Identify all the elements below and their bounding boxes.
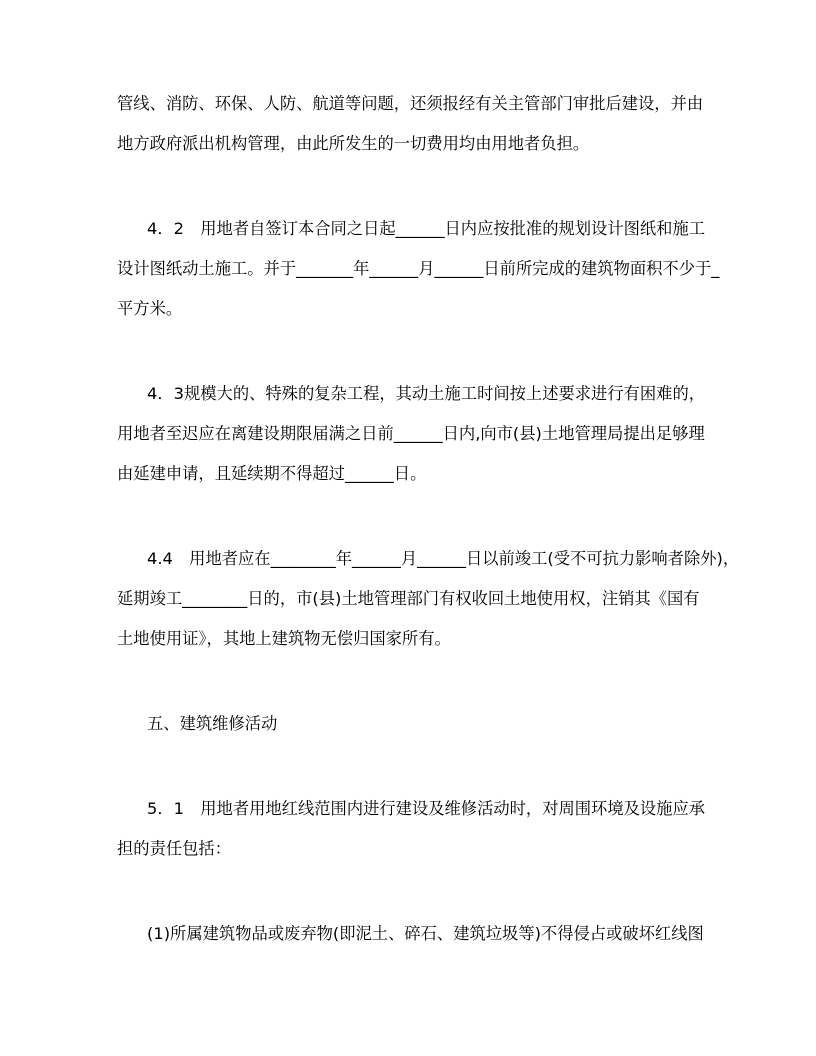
clause-4-2: 4．2 用地者自签订本合同之日起______日内应按批准的规划设计图纸和施工 设… bbox=[117, 209, 711, 329]
clause-4-3: 4．3规模大的、特殊的复杂工程，其动土施工时间按上述要求进行有困难的， 用地者至… bbox=[117, 374, 711, 494]
text-line: 土地使用证》，其地上建筑物无偿归国家所有。 bbox=[117, 619, 711, 659]
text-line: 担的责任包括： bbox=[117, 829, 711, 869]
section-5-heading: 五、建筑维修活动 bbox=[117, 704, 711, 744]
text-line: 平方米。 bbox=[117, 289, 711, 329]
text-line: 5．1 用地者用地红线范围内进行建设及维修活动时，对周围环境及设施应承 bbox=[117, 789, 711, 829]
text-line: 地方政府派出机构管理，由此所发生的一切费用均由用地者负担。 bbox=[117, 124, 711, 164]
text-line: 设计图纸动土施工。并于_______年______月______日前所完成的建筑… bbox=[117, 249, 711, 289]
clause-5-1-item-1: (1)所属建筑物品或废弃物(即泥土、碎石、建筑垃圾等)不得侵占或破坏红线图 bbox=[117, 914, 711, 954]
text-line: 管线、消防、环保、人防、航道等问题，还须报经有关主管部门审批后建设，并由 bbox=[117, 84, 711, 124]
text-line: 由延建申请，且延续期不得超过______日。 bbox=[117, 454, 711, 494]
page-content: 管线、消防、环保、人防、航道等问题，还须报经有关主管部门审批后建设，并由 地方政… bbox=[0, 0, 816, 954]
section-heading-text: 五、建筑维修活动 bbox=[117, 704, 711, 744]
text-line: 4．3规模大的、特殊的复杂工程，其动土施工时间按上述要求进行有困难的， bbox=[117, 374, 711, 414]
text-line: 用地者至迟应在离建设期限届满之日前______日内,向市(县)土地管理局提出足够… bbox=[117, 414, 711, 454]
clause-4-1-continuation: 管线、消防、环保、人防、航道等问题，还须报经有关主管部门审批后建设，并由 地方政… bbox=[117, 84, 711, 164]
document-page: 管线、消防、环保、人防、航道等问题，还须报经有关主管部门审批后建设，并由 地方政… bbox=[0, 0, 816, 1056]
text-line: (1)所属建筑物品或废弃物(即泥土、碎石、建筑垃圾等)不得侵占或破坏红线图 bbox=[117, 914, 711, 954]
clause-4-4: 4.4 用地者应在________年______月______日以前竣工(受不可… bbox=[117, 539, 711, 659]
text-line: 4．2 用地者自签订本合同之日起______日内应按批准的规划设计图纸和施工 bbox=[117, 209, 711, 249]
clause-5-1: 5．1 用地者用地红线范围内进行建设及维修活动时，对周围环境及设施应承 担的责任… bbox=[117, 789, 711, 869]
text-line: 延期竣工________日的，市(县)土地管理部门有权收回土地使用权，注销其《国… bbox=[117, 579, 711, 619]
text-line: 4.4 用地者应在________年______月______日以前竣工(受不可… bbox=[117, 539, 711, 579]
